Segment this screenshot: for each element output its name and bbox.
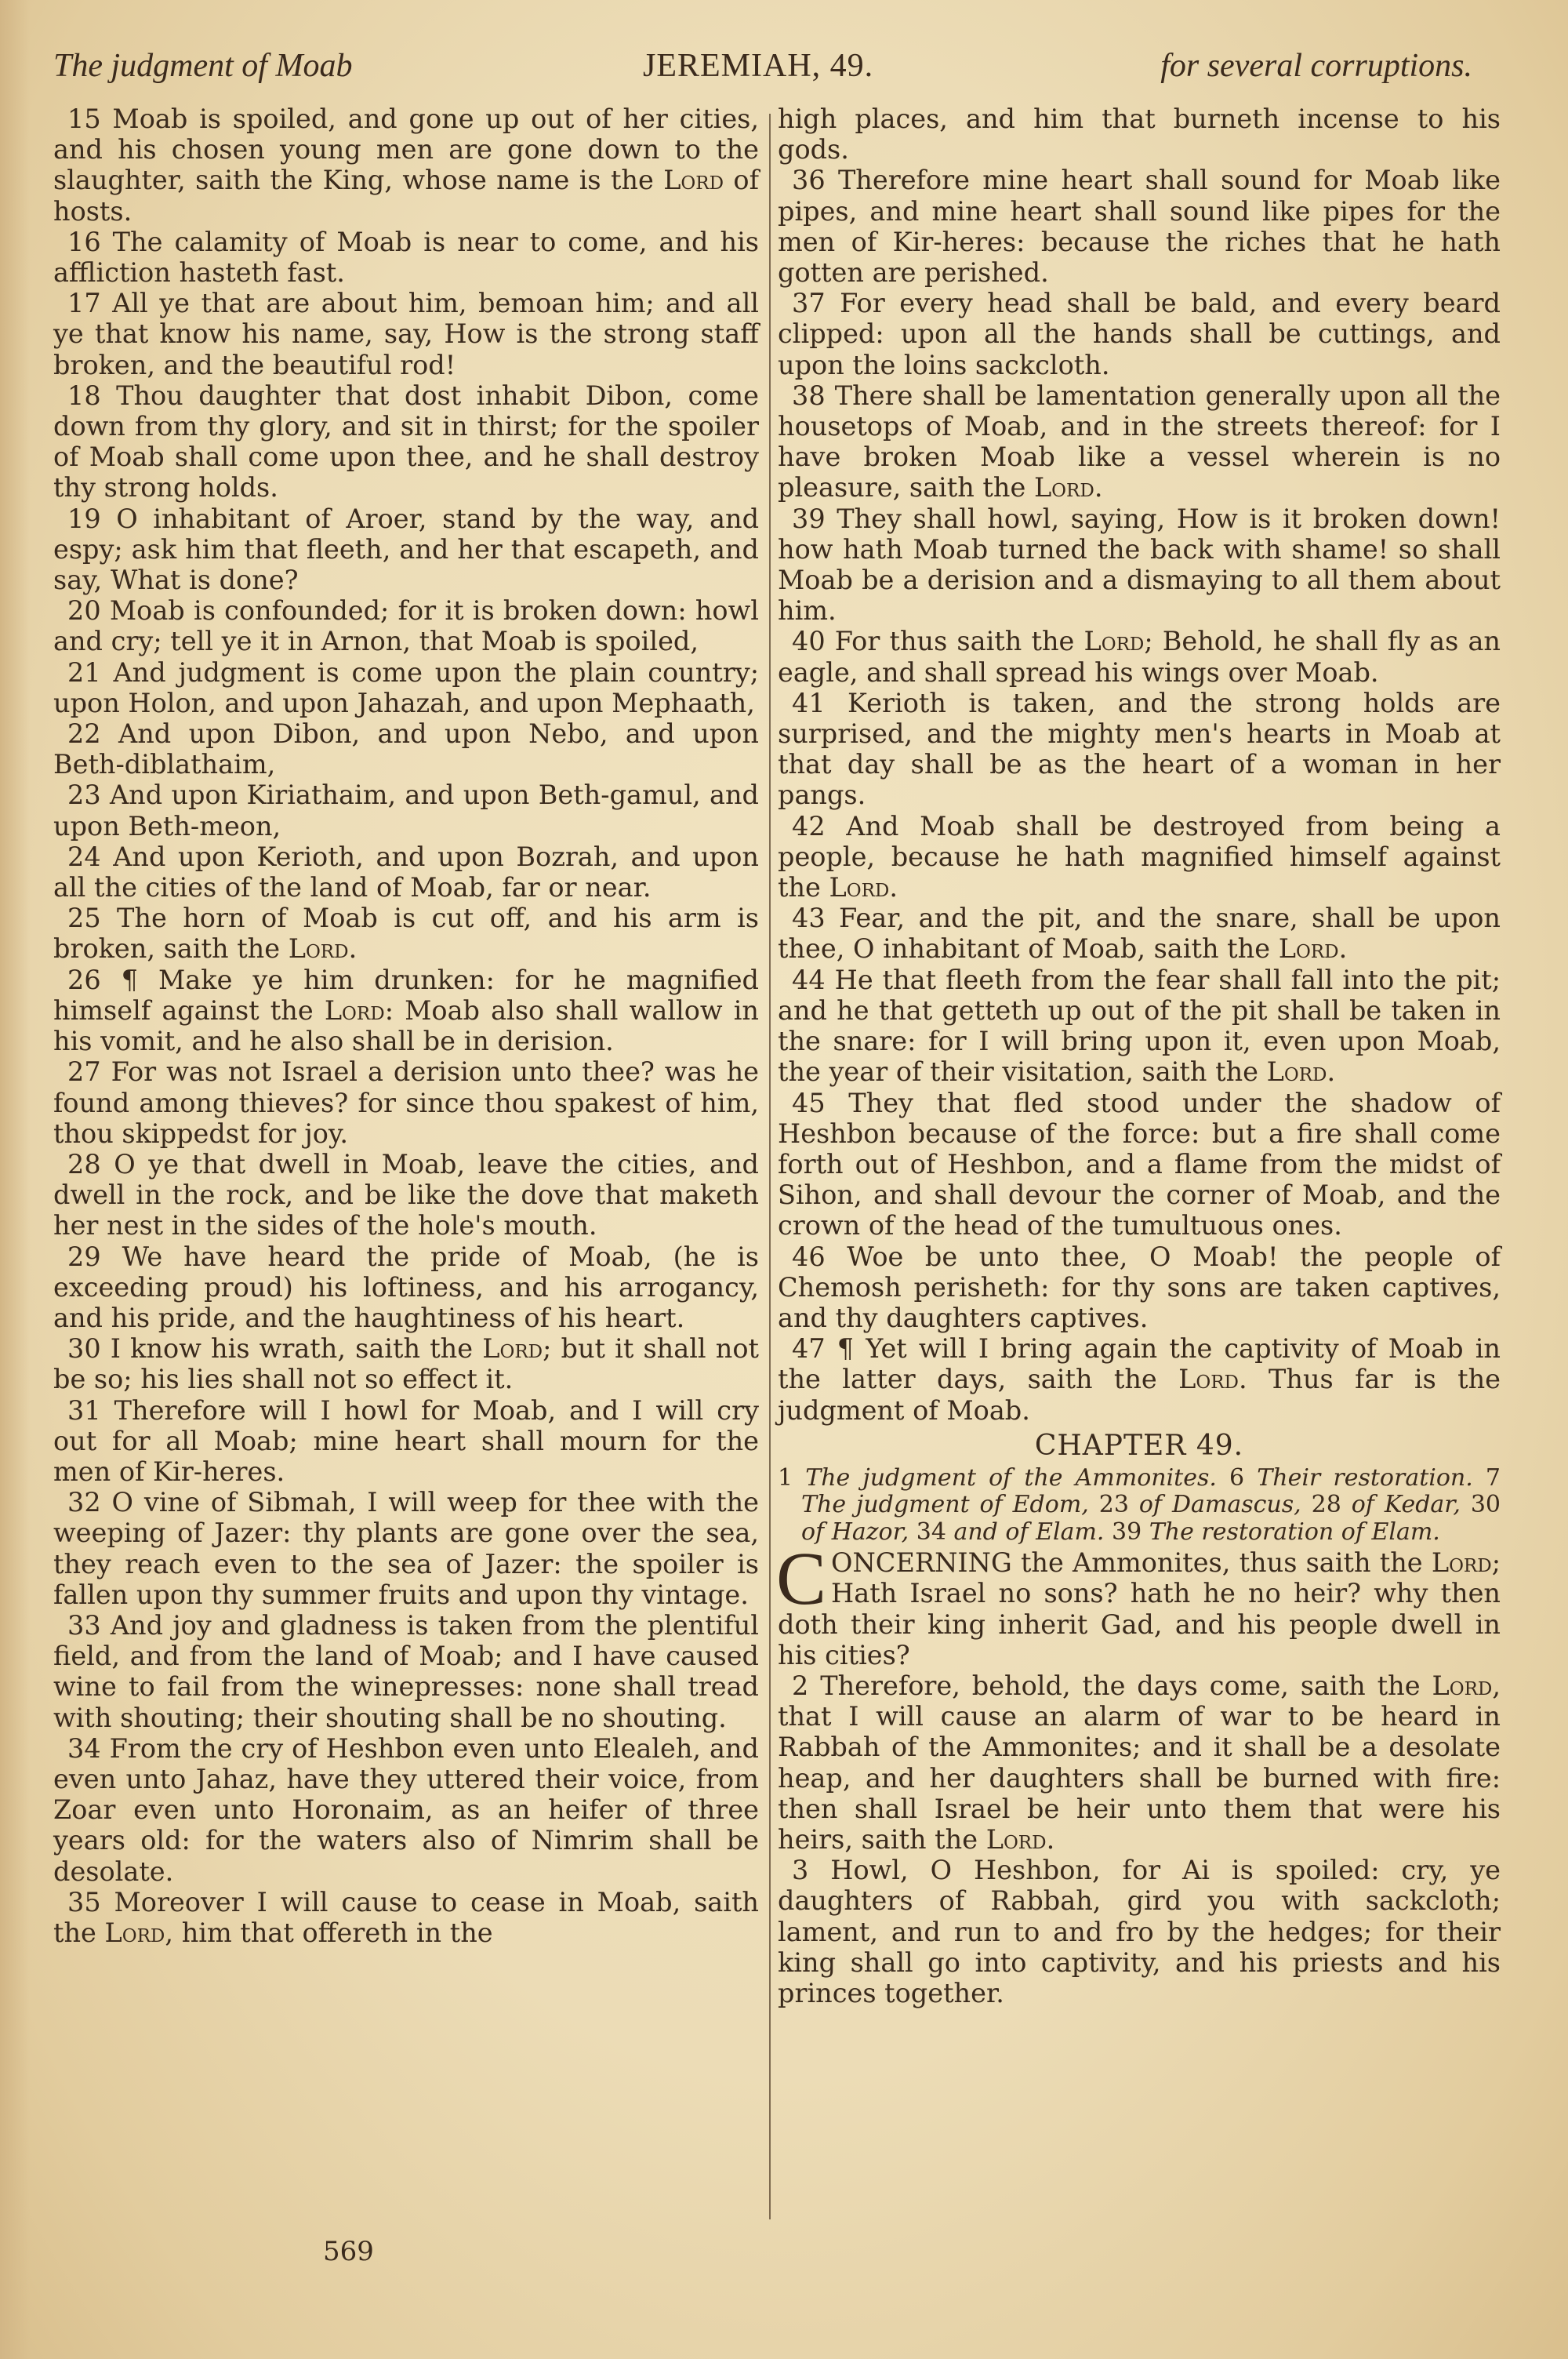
verse-number: 41 — [792, 688, 848, 718]
verse-text: I know his wrath, saith the Lord; but it… — [53, 1333, 759, 1394]
verse-text: Thou daughter that dost inhabit Dibon, c… — [53, 380, 759, 503]
verse: 42 And Moab shall be destroyed from bein… — [778, 811, 1501, 903]
verse-number: 19 — [67, 503, 116, 534]
verse-text: All ye that are about him, bemoan him; a… — [53, 288, 759, 380]
verse-number: 21 — [67, 657, 113, 688]
verse: 19 O inhabitant of Aroer, stand by the w… — [53, 503, 759, 596]
verse-text: Therefore will I howl for Moab, and I wi… — [53, 1395, 759, 1487]
running-head-book-chapter: JEREMIAH, 49. — [643, 47, 873, 85]
page-edge-shadow — [0, 0, 30, 2359]
right-column: high places, and him that burneth incens… — [778, 104, 1501, 2008]
verse: 24 And upon Kerioth, and upon Bozrah, an… — [53, 841, 759, 903]
left-column: 15 Moab is spoiled, and gone up out of h… — [53, 104, 759, 1948]
verse-text: And joy and gladness is taken from the p… — [53, 1610, 759, 1733]
verse-number: 32 — [67, 1487, 112, 1518]
verse-text: And upon Kiriathaim, and upon Beth-gamul… — [53, 780, 759, 841]
verse: 26 ¶ Make ye him drunken: for he magnifi… — [53, 965, 759, 1057]
verse-number: 25 — [67, 903, 117, 933]
verse: 29 We have heard the pride of Moab, (he … — [53, 1241, 759, 1334]
verse-number: 42 — [792, 811, 846, 841]
verse-number: 40 — [792, 626, 835, 656]
verse-number: 36 — [792, 165, 838, 195]
verse-number: 31 — [67, 1395, 114, 1426]
verse-number: 2 — [792, 1670, 820, 1701]
verse: 16 The calamity of Moab is near to come,… — [53, 227, 759, 288]
verse: 45 They that fled stood under the shadow… — [778, 1088, 1501, 1241]
verse-text: ONCERNING the Ammonites, thus saith the … — [778, 1547, 1501, 1670]
verse-text: ¶ Make ye him drunken: for he magnified … — [53, 965, 759, 1056]
verse: 18 Thou daughter that dost inhabit Dibon… — [53, 380, 759, 503]
verse: 44 He that fleeth from the fear shall fa… — [778, 965, 1501, 1088]
verse-text: Woe be unto thee, O Moab! the people of … — [778, 1241, 1501, 1333]
verse: 22 And upon Dibon, and upon Nebo, and up… — [53, 718, 759, 780]
verse-number: 17 — [67, 288, 112, 318]
chapter-heading: CHAPTER 49. — [778, 1429, 1501, 1463]
verse: 20 Moab is confounded; for it is broken … — [53, 595, 759, 656]
verse-with-dropcap: CONCERNING the Ammonites, thus saith the… — [778, 1547, 1501, 1670]
verse-text: For was not Israel a derision unto thee?… — [53, 1056, 759, 1148]
verse: 31 Therefore will I howl for Moab, and I… — [53, 1395, 759, 1488]
verse-text: O ye that dwell in Moab, leave the citie… — [53, 1149, 759, 1241]
verse-number: 39 — [792, 503, 837, 534]
verse-number: 30 — [67, 1333, 111, 1364]
verse: 28 O ye that dwell in Moab, leave the ci… — [53, 1149, 759, 1241]
verse-text: They that fled stood under the shadow of… — [778, 1088, 1501, 1241]
verse-text: And upon Dibon, and upon Nebo, and upon … — [53, 718, 759, 780]
verse-text: Kerioth is taken, and the strong holds a… — [778, 688, 1501, 811]
verse: 34 From the cry of Heshbon even unto Ele… — [53, 1733, 759, 1887]
verse-text: O inhabitant of Aroer, stand by the way,… — [53, 503, 759, 595]
verse: 35 Moreover I will cause to cease in Moa… — [53, 1887, 759, 1948]
verse-number: 38 — [792, 380, 835, 411]
verse: 36 Therefore mine heart shall sound for … — [778, 165, 1501, 288]
running-head: The judgment of Moab JEREMIAH, 49. for s… — [53, 41, 1472, 88]
verse: 40 For thus saith the Lord; Behold, he s… — [778, 626, 1501, 687]
verse-text: The calamity of Moab is near to come, an… — [53, 227, 759, 288]
verse-text: ¶ Yet will I bring again the captivity o… — [778, 1333, 1501, 1425]
verse-number: 34 — [67, 1733, 110, 1764]
verse-continuation: high places, and him that burneth incens… — [778, 104, 1501, 165]
page-number: 569 — [323, 2236, 374, 2267]
verse-text: Moreover I will cause to cease in Moab, … — [53, 1887, 759, 1948]
running-head-right: for several corruptions. — [1160, 47, 1472, 85]
verse-text: Therefore, behold, the days come, saith … — [778, 1670, 1501, 1855]
verse-number: 46 — [792, 1241, 847, 1272]
verse-number: 37 — [792, 288, 840, 318]
verse-number: 28 — [67, 1149, 114, 1179]
verse: 32 O vine of Sibmah, I will weep for the… — [53, 1487, 759, 1610]
verse: 15 Moab is spoiled, and gone up out of h… — [53, 104, 759, 227]
verse: 17 All ye that are about him, bemoan him… — [53, 288, 759, 380]
verse-number: 16 — [67, 227, 113, 257]
verse-text: There shall be lamentation generally upo… — [778, 380, 1501, 503]
verse-number: 18 — [67, 380, 116, 411]
verse-text: O vine of Sibmah, I will weep for thee w… — [53, 1487, 759, 1610]
running-head-left: The judgment of Moab — [53, 47, 352, 85]
verse: 41 Kerioth is taken, and the strong hold… — [778, 688, 1501, 811]
verse-number: 15 — [67, 104, 112, 134]
verse-text: The horn of Moab is cut off, and his arm… — [53, 903, 759, 964]
verse-number: 22 — [67, 718, 118, 749]
verse-text: And upon Kerioth, and upon Bozrah, and u… — [53, 841, 759, 903]
verse: 47 ¶ Yet will I bring again the captivit… — [778, 1333, 1501, 1426]
verse-text: From the cry of Heshbon even unto Eleale… — [53, 1733, 759, 1887]
verse: 33 And joy and gladness is taken from th… — [53, 1610, 759, 1733]
verse-text: He that fleeth from the fear shall fall … — [778, 965, 1501, 1088]
verse-number: 47 — [792, 1333, 837, 1364]
verse: 39 They shall howl, saying, How is it br… — [778, 503, 1501, 627]
verse-text: And Moab shall be destroyed from being a… — [778, 811, 1501, 903]
verse: 3 Howl, O Heshbon, for Ai is spoiled: cr… — [778, 1855, 1501, 2008]
verse-text: For thus saith the Lord; Behold, he shal… — [778, 626, 1501, 687]
verse-text: Fear, and the pit, and the snare, shall … — [778, 903, 1501, 964]
verse-text: Howl, O Heshbon, for Ai is spoiled: cry,… — [778, 1855, 1501, 2008]
verse-text: Moab is spoiled, and gone up out of her … — [53, 104, 759, 227]
verse-number: 20 — [67, 595, 110, 626]
verse: 43 Fear, and the pit, and the snare, sha… — [778, 903, 1501, 964]
drop-cap: C — [776, 1549, 826, 1608]
verse-number: 43 — [792, 903, 839, 933]
verse-text: And judgment is come upon the plain coun… — [53, 657, 759, 718]
verse-number: 29 — [67, 1241, 122, 1272]
verse: 27 For was not Israel a derision unto th… — [53, 1056, 759, 1149]
column-rule — [769, 114, 771, 2219]
verse-number: 27 — [67, 1056, 111, 1087]
verse-text: Therefore mine heart shall sound for Moa… — [778, 165, 1501, 288]
verse-text: They shall howl, saying, How is it broke… — [778, 503, 1501, 627]
verse-text: Moab is confounded; for it is broken dow… — [53, 595, 759, 656]
verse-number: 35 — [67, 1887, 114, 1917]
verse-number: 3 — [792, 1855, 830, 1885]
verse: 21 And judgment is come upon the plain c… — [53, 657, 759, 718]
verse-number: 33 — [67, 1610, 111, 1641]
verse-number: 26 — [67, 965, 122, 995]
chapter-verse-list: CONCERNING the Ammonites, thus saith the… — [778, 1547, 1501, 2008]
verse: 25 The horn of Moab is cut off, and his … — [53, 903, 759, 964]
verse-list: 36 Therefore mine heart shall sound for … — [778, 165, 1501, 1425]
verse: 46 Woe be unto thee, O Moab! the people … — [778, 1241, 1501, 1334]
verse-text: We have heard the pride of Moab, (he is … — [53, 1241, 759, 1333]
verse: 37 For every head shall be bald, and eve… — [778, 288, 1501, 380]
verse-number: 45 — [792, 1088, 848, 1118]
verse: 23 And upon Kiriathaim, and upon Beth-ga… — [53, 780, 759, 841]
verse-number: 23 — [67, 780, 110, 810]
verse-number: 24 — [67, 841, 113, 872]
chapter-summary: 1 The judgment of the Ammonites. 6 Their… — [778, 1465, 1501, 1547]
verse: 2 Therefore, behold, the days come, sait… — [778, 1670, 1501, 1855]
verse-number: 44 — [792, 965, 835, 995]
verse: 30 I know his wrath, saith the Lord; but… — [53, 1333, 759, 1394]
verse: 38 There shall be lamentation generally … — [778, 380, 1501, 503]
verse-text: For every head shall be bald, and every … — [778, 288, 1501, 380]
